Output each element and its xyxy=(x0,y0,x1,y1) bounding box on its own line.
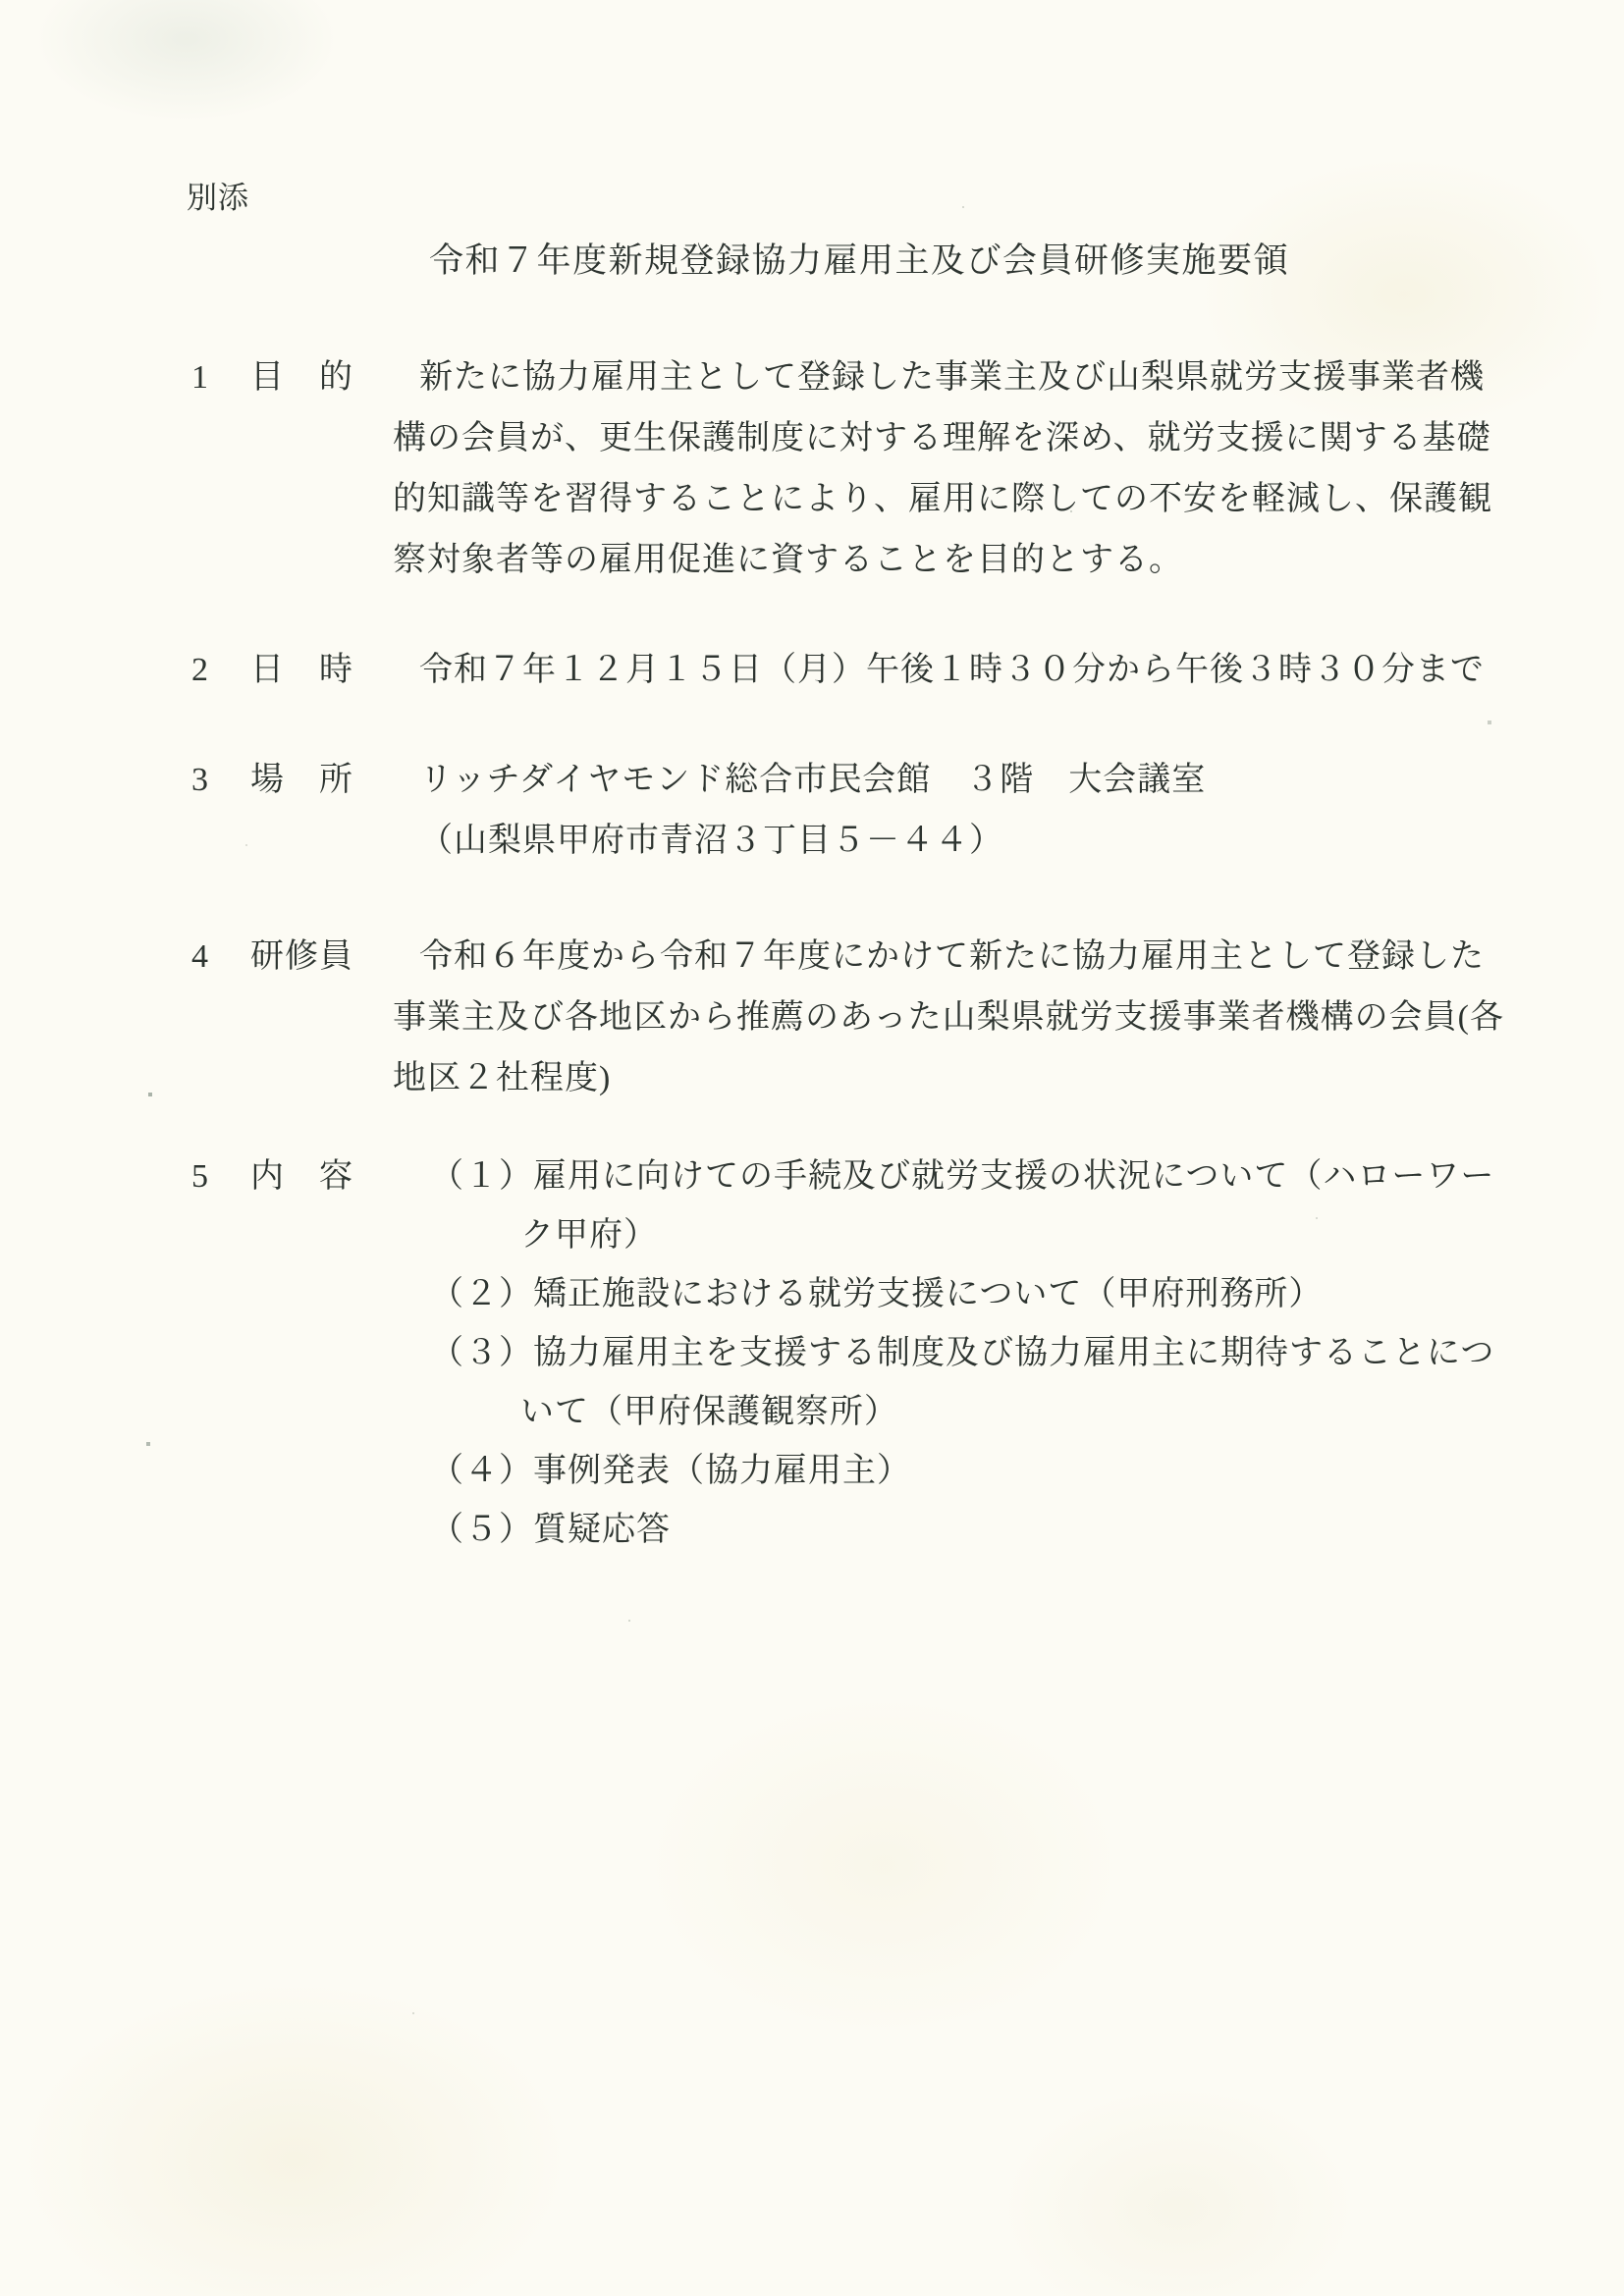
section-label: 研修員 xyxy=(250,927,393,988)
paragraph-line: 的知識等を習得することにより、雇用に際しての不安を軽減し、保護観 xyxy=(393,469,1483,530)
section-label: 日 時 xyxy=(250,640,393,701)
section-purpose: 1 目 的 新たに協力雇用主として登録した事業主及び山梨県就労支援事業者機 構の… xyxy=(191,347,1483,591)
section-number: 4 xyxy=(191,927,250,988)
document-title: 令和７年度新規登録協力雇用主及び会員研修実施要領 xyxy=(429,234,1289,283)
agenda-item-line: （１）雇用に向けての手続及び就労支援の状況について（ハローワー xyxy=(393,1148,1483,1206)
paragraph-line: 構の会員が、更生保護制度に対する理解を深め、就労支援に関する基礎 xyxy=(393,408,1483,469)
venue-address-line: （山梨県甲府市青沼３丁目５－４４） xyxy=(393,811,1483,872)
agenda-item-line: いて（甲府保護観察所） xyxy=(393,1383,1483,1442)
section-content: リッチダイヤモンド総合市民会館 ３階 大会議室 （山梨県甲府市青沼３丁目５－４４… xyxy=(393,750,1483,872)
scan-specks xyxy=(0,0,2,2)
section-content: 令和６年度から令和７年度にかけて新たに協力雇用主として登録した 事業主及び各地区… xyxy=(393,927,1483,1109)
paragraph-line: 令和７年１２月１５日（月）午後１時３０分から午後３時３０分まで xyxy=(393,640,1483,701)
paragraph-line: 察対象者等の雇用促進に資することを目的とする。 xyxy=(393,530,1483,591)
section-label: 内 容 xyxy=(250,1148,393,1206)
section-number: 5 xyxy=(191,1148,250,1206)
section-content: （１）雇用に向けての手続及び就労支援の状況について（ハローワー ク甲府） （２）… xyxy=(393,1148,1483,1560)
section-number: 1 xyxy=(191,347,250,408)
agenda-item-line: ク甲府） xyxy=(393,1206,1483,1265)
section-venue: 3 場 所 リッチダイヤモンド総合市民会館 ３階 大会議室 （山梨県甲府市青沼３… xyxy=(191,750,1483,872)
section-number: 2 xyxy=(191,640,250,701)
paragraph-line: リッチダイヤモンド総合市民会館 ３階 大会議室 xyxy=(393,750,1483,811)
section-contents: 5 内 容 （１）雇用に向けての手続及び就労支援の状況について（ハローワー ク甲… xyxy=(191,1148,1483,1560)
agenda-item-line: （２）矯正施設における就労支援について（甲府刑務所） xyxy=(393,1265,1483,1324)
attachment-note: 別添 xyxy=(187,173,249,217)
paragraph-line: 地区２社程度) xyxy=(393,1048,1483,1109)
section-label: 場 所 xyxy=(250,750,393,811)
agenda-item-line: （３）協力雇用主を支援する制度及び協力雇用主に期待することにつ xyxy=(393,1324,1483,1383)
section-content: 令和７年１２月１５日（月）午後１時３０分から午後３時３０分まで xyxy=(393,640,1483,701)
section-label: 目 的 xyxy=(250,347,393,408)
agenda-item-line: （５）質疑応答 xyxy=(393,1501,1483,1560)
scanned-document-page: 別添 令和７年度新規登録協力雇用主及び会員研修実施要領 1 目 的 新たに協力雇… xyxy=(0,0,1624,2296)
paragraph-line: 新たに協力雇用主として登録した事業主及び山梨県就労支援事業者機 xyxy=(393,347,1483,408)
section-trainees: 4 研修員 令和６年度から令和７年度にかけて新たに協力雇用主として登録した 事業… xyxy=(191,927,1483,1109)
section-content: 新たに協力雇用主として登録した事業主及び山梨県就労支援事業者機 構の会員が、更生… xyxy=(393,347,1483,591)
paragraph-line: 令和６年度から令和７年度にかけて新たに協力雇用主として登録した xyxy=(393,927,1483,988)
paragraph-line: 事業主及び各地区から推薦のあった山梨県就労支援事業者機構の会員(各 xyxy=(393,988,1483,1048)
section-number: 3 xyxy=(191,750,250,811)
section-datetime: 2 日 時 令和７年１２月１５日（月）午後１時３０分から午後３時３０分まで xyxy=(191,640,1483,701)
agenda-item-line: （４）事例発表（協力雇用主） xyxy=(393,1442,1483,1501)
